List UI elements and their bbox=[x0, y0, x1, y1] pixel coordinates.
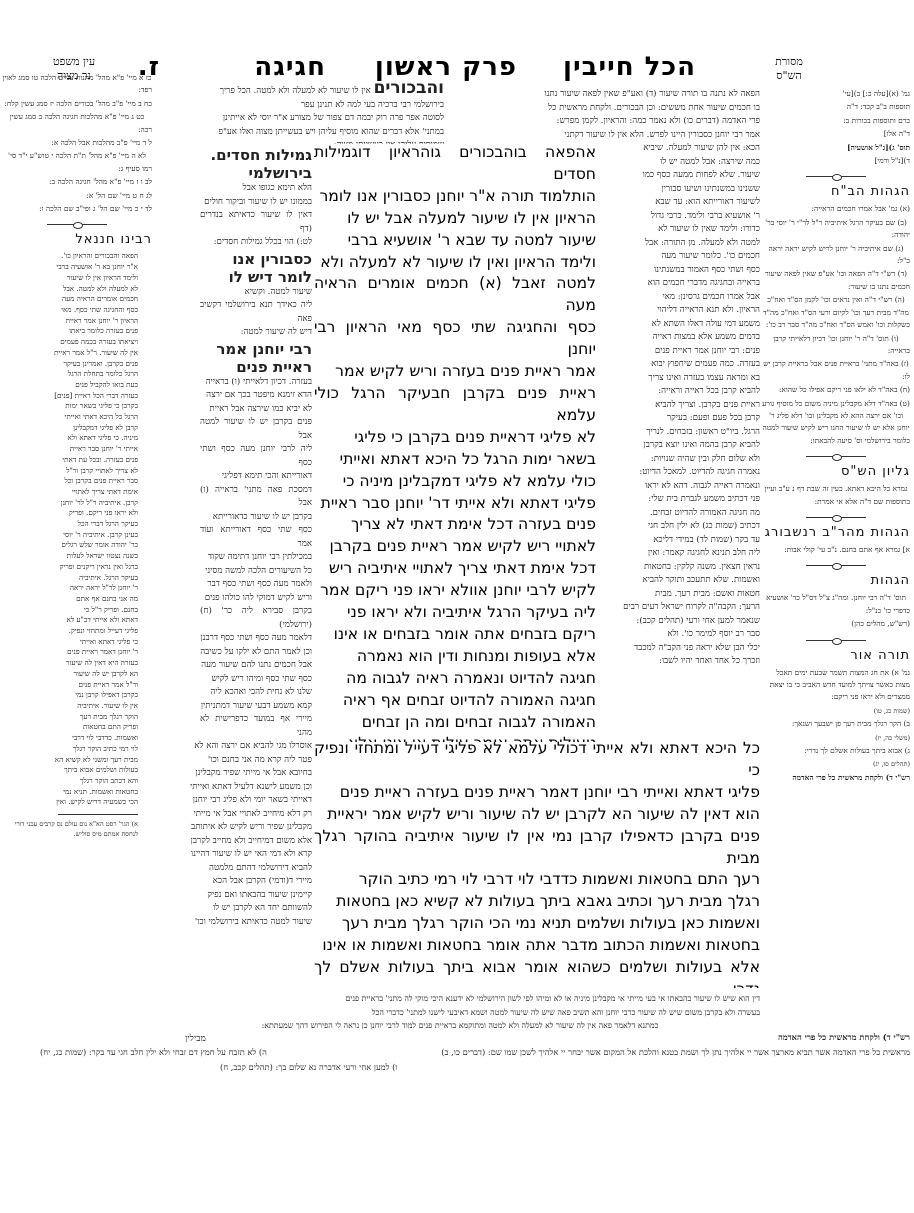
ornament-divider bbox=[806, 456, 866, 457]
chananel-line: חכמים אומרים הראיה מעה bbox=[2, 294, 138, 305]
tosafot-line: הדא זימנא מיפטר בכך אם ירצה bbox=[200, 389, 312, 403]
tosafot-dibbur: גמילות חסדים. בירושלמי bbox=[200, 146, 312, 182]
bach-note: (ח) באה"ד לא ילאו פני ריקם אפילו כל שהוא… bbox=[762, 384, 910, 396]
rashi-line: הכא: אין להן שיעור למעלה. שיביא bbox=[602, 142, 760, 156]
tosafot-line: להשוותם יחד הא לקרבן יש לו bbox=[162, 902, 312, 916]
tosafot-line: להביא דירושלמי דהתם מלמטה bbox=[162, 862, 312, 876]
chananel-line: ר' יוחנן דאמר ראיית פנים bbox=[2, 647, 138, 658]
tosafot-line: ולאמר מעה כסף ושתי כסף דבר bbox=[200, 578, 312, 592]
rashi-top-wide: הפאה לא נתנה בו תורה שיעור (ד) ואע"פ שאי… bbox=[448, 88, 760, 148]
tosafot-top: והבכורים אין לו שיעור לא למעלה ולא למטה.… bbox=[154, 82, 444, 144]
bach-note: (ט) באה"ד דלא מקבלינן מיניה משום כל מוסי… bbox=[762, 398, 910, 448]
tosafot-line: קמא משמע דבעי שיעור דמתניתין bbox=[200, 700, 312, 714]
tosafot-column: גמילות חסדים. בירושלמי הלא תימא כגופו אב… bbox=[200, 146, 312, 741]
chapter-number: פרק ראשון bbox=[375, 52, 517, 82]
gemara-line: הראיון אין לו שיעור למעלה אבל יש לו bbox=[314, 208, 596, 230]
gemara-line: פליגי דאתא ולא אייתי דר' יוחנן סבר ראיית bbox=[314, 493, 596, 515]
chananel-line: אין לה שיעור. ר"ל אמר ראיית bbox=[2, 348, 138, 359]
tosafot-line: והבכורים אין לו שיעור לא למעלה ולא למטה.… bbox=[154, 82, 444, 99]
tosafot-line: פנים בקרבן יש לו שיעור למטה אבל bbox=[200, 416, 312, 443]
masoret-hashas: גמ' (א)[עלה כ:] ב)[עי' תוספות ב"ב קכד: ד… bbox=[762, 88, 910, 167]
chananel-line: בקרבן כי פליגי בשאר ימות bbox=[2, 401, 138, 412]
tosafot-line: דין הוא שיש לו שיעור בהבאתו אי בעי מייתי… bbox=[160, 992, 760, 1006]
gemara-line: בחטאות ואשמות הכתוב מדבר אתה אומר בחטאות… bbox=[314, 935, 760, 957]
chananel-line: כסף והחגיגה שתי כסף. מאי bbox=[2, 305, 138, 316]
right-margin: גמ' (א)[עלה כ:] ב)[עי' תוספות ב"ב קכד: ד… bbox=[762, 88, 910, 1048]
ein-mishpat-entry: ל ד מיי' פ"ב מהלכות אבל הלכה א: bbox=[2, 137, 152, 149]
tosafot-line: אלא משום דמיחייב ולא מחייב לקרבן bbox=[162, 835, 312, 849]
chananel-line: ולימד הראיון אין לו שיעור bbox=[2, 273, 138, 284]
bach-note: (ז) באה"ד מתני' בראיית פנים אבל בראיית ק… bbox=[762, 358, 910, 383]
tosafot-line: במתני' אלא דברים שהוא מוסיף עליהן ויש בע… bbox=[154, 126, 444, 140]
bach-note: (ב) שם בעיקר הרגל איתיביה ר"ל לר"י ר' יו… bbox=[762, 217, 910, 242]
tosafot-dibbur: כסבורין אנו לומר דיש לו bbox=[200, 250, 312, 286]
hagahot-maharab-title: הגהות מהר"ב רנשבורג bbox=[762, 524, 910, 542]
rashi-line: פרי האדמה (דברים כו) ולא נאמר כמה: והראי… bbox=[448, 115, 760, 129]
masoret-line: ד"ה אלו] bbox=[762, 128, 910, 140]
torah-or-source: (תהלים סו, יג) bbox=[762, 758, 910, 770]
tosafot-line: דלאמר מעה כסף ושתי כסף דרבנן bbox=[200, 632, 312, 646]
chananel-line: ור"ל אמר ראיית פנים bbox=[2, 680, 138, 691]
tosafot-line: לסוטה אפר פרה רוק יבמה דם צפור של מצורע … bbox=[154, 112, 444, 126]
maharab-note: א] גמרא אף אתם בחנם. נ"ב עי' קולי אבות: bbox=[762, 544, 910, 556]
tosafot-line: קיימינן שיעור בהבאתו ואם נפיק bbox=[162, 889, 312, 903]
tosafot-text: אין לו שיעור לא למעלה ולא למטה. הכל פריך bbox=[220, 86, 371, 96]
ornament-divider bbox=[47, 224, 107, 225]
tosafot-line: ליה כאידך תנא בירושלמי דקשיב פאה bbox=[200, 299, 312, 326]
gemara-line: כולי עלמא לא פליגי דמקבלינן מיניה כי bbox=[314, 471, 596, 493]
chananel-line: בחטאות ואשמות. תניא נמי bbox=[2, 787, 138, 798]
tosafot-line: כסף שתי כסף ומיהו ריש לקיש bbox=[200, 673, 312, 687]
rashi-line: חכמים כו'. כלומר שיעור מעה bbox=[602, 250, 760, 264]
rashi-line: הרעך: הקבה"ה לקרוח ישראל רעים רבים bbox=[602, 601, 760, 615]
chananel-line: הא לקרבן יש לה שיעור bbox=[2, 669, 138, 680]
torah-or-footer-rashi: רש"י ד) ולקחת מראשית כל פרי האדמה bbox=[778, 1032, 910, 1042]
mevilin-label: מבילין bbox=[185, 1033, 206, 1047]
chananel-line: בעזרה דברי הכל ראיית [פנים] bbox=[2, 391, 138, 402]
tosafot-line: הלא תימא כגופו אבל bbox=[200, 182, 312, 196]
chananel-line: הכי כשמעיה דריש לקיש. ואין bbox=[2, 797, 138, 808]
chananel-line: בקרבן דאפילו קרבן נמי bbox=[2, 690, 138, 701]
chananel-line: קרבן. איתיביה ר"ל לר' יוחנן bbox=[2, 498, 138, 509]
rabbeinu-chananel: הפאה והבכורים והראיון כו'. א"ר יוחנן בא … bbox=[2, 251, 152, 808]
chananel-line: מה אני בחנם אף אתם bbox=[2, 594, 138, 605]
rashi-line: להביא קרבן בהמה ואינו יוצא בקרבן bbox=[602, 439, 760, 453]
gemara-line: למטה זאבל (א) חכמים אומרים הראיה מעה bbox=[314, 273, 596, 317]
tosafot-line: דאורייתא והכי תימא דפליגי bbox=[200, 470, 312, 484]
bach-note: (ו) תוס' ד"ה ר' יוחנן וכו' דכיון דלאייתי… bbox=[762, 333, 910, 358]
gemara-line: כסף והחגיגה שתי כסף מאי הראיון רבי יוחנן bbox=[314, 317, 596, 361]
tosafot-lead-word: והבכורים bbox=[374, 82, 444, 98]
rashi-line: קרבן בכל פעם ופעם: בעיקר bbox=[602, 412, 760, 426]
chananel-line: פנים בעזרה. ובכל עת דאתי bbox=[2, 455, 138, 466]
rashi-line: למטה ולא למעלה. מן התורה: אבל bbox=[602, 237, 760, 251]
torah-or-title: תורה אור bbox=[762, 647, 910, 665]
tosafot-line: דיש לה שיעור למטה: bbox=[200, 326, 312, 340]
chananel-line: אייתי ר' יוחנן סבר ראיית bbox=[2, 444, 138, 455]
gemara-line: ראיית פנים בקרבן חבעיקר הרגל כולי עלמא bbox=[314, 383, 596, 427]
gemara-line: הותלמוד תורה א"ר יוחנן כסבורין אנו לומר bbox=[314, 186, 596, 208]
tosafot-line: פטר ליה קרא מה אני בחנם וכו' bbox=[162, 754, 312, 768]
rashi-line: אבל אמרו חכמים גרסינן: מאי bbox=[602, 291, 760, 305]
chananel-line: הרגל כלומר בתחלת הרגל bbox=[2, 369, 138, 380]
rashi-line: מה חגיגה האמורה להדיוט זבחים. bbox=[602, 507, 760, 521]
ornament-divider bbox=[806, 640, 866, 641]
rashi-line: משמע דמי עולה דאלו השתא לא bbox=[602, 318, 760, 332]
masoret-hashas-header: מסורת הש"ס bbox=[754, 55, 824, 83]
masoret-line: תוס' ג)[נ"ל אושעיה] bbox=[762, 142, 910, 154]
torah-or-source: (משלי כה, יז) bbox=[762, 732, 910, 744]
ein-mishpat-entry: לג ח ט מיי' שם הל' א: bbox=[2, 190, 152, 202]
tosafot-dibbur: רבי יוחנן אמר ראיית פנים bbox=[200, 340, 312, 376]
chananel-line: בעיקר הרגל דברי הכל bbox=[2, 519, 138, 530]
rashi-line: ונאמרה ראייה לגבוה. דהא לא יראו bbox=[602, 480, 760, 494]
gemara-line: אלא בעופות ומנחות ודין הוא נאמרה bbox=[314, 646, 596, 668]
tosafot-line: דאין לו שיעור כדאיתא בנדרים (דף bbox=[200, 209, 312, 236]
masoret-title: מסורת bbox=[754, 55, 824, 69]
ein-mishpat-entry: כז א מיי' פ"א מהל' מתנות עניים הלכה טו ס… bbox=[2, 72, 152, 97]
chananel-line: פנים בעזרה כלומר ביאתו bbox=[2, 326, 138, 337]
gemara-line: בשאר ימות הרגל כל היכא דאתא ואייתי bbox=[314, 449, 596, 471]
rashi-column: הכא: אין להן שיעור למעלה. שיביא כמה שירצ… bbox=[602, 142, 760, 722]
gilyon-note: גמרא כל היכא דאתא. כעין זה שבת דף נ ע"ב … bbox=[762, 483, 910, 508]
chananel-line: הפאה והבכורים והראיון כו'. bbox=[2, 251, 138, 262]
chananel-line: בשנה נצטוו ישראל לעלות bbox=[2, 551, 138, 562]
torah-or-note: ב) הקר רגלך מבית רעך פן ישבעך ושנאך: bbox=[762, 718, 910, 730]
rashi-line: ולא שלום חלק ובין שהיה שנויות: bbox=[602, 453, 760, 467]
masoret-line: כרם ותוספות בכורות ב: bbox=[762, 115, 910, 127]
tosafot-line: דאייתי בשאר יומי ולא פליג רבי יוחנן bbox=[162, 794, 312, 808]
rashi-line: דכתיב (שמות כג) לא ילין חלב חגי bbox=[602, 520, 760, 534]
hagahot-note: (רש"ש, מהלים כהן) bbox=[762, 618, 910, 630]
chananel-line: א"ר יוחנן בא ר' אושעיה ברבי bbox=[2, 262, 138, 273]
chananel-line: הראיון ר' יוחנן אמר ראיית bbox=[2, 316, 138, 327]
gemara-line: דכל אימת דאתי צריך לאתויי איתיביה ריש bbox=[314, 558, 596, 580]
footer-verse-left: ה) לא תזבח על חמץ דם זבחי ולא ילין חלב ח… bbox=[40, 1047, 267, 1057]
gemara-line: רגלך מבית רעך וכתיב גאבא ביתך בעולות לא … bbox=[314, 891, 760, 913]
gemara-line: ליה בעיקר הרגל איתיביה ולא יראו פני bbox=[314, 602, 596, 624]
chananel-line: בעת בואו להקביל פנים bbox=[2, 380, 138, 391]
torah-or-note: ג) אבוא ביתך בעולות אשלם לך נדרי: bbox=[762, 745, 910, 757]
chananel-line: מיניה. כי פליגי דאתא ולא bbox=[2, 433, 138, 444]
tosafot-line: בממונו יש לו שיעור וביקור חולים bbox=[200, 196, 312, 210]
rashi-line: נראין חצאין. משנה קלקין: בחטאות bbox=[602, 561, 760, 575]
tosafot-line: מיירי ד(ודמי) הקרבן אבל הכא bbox=[162, 875, 312, 889]
chananel-line: אימת דאתי צריך לאתויי bbox=[2, 487, 138, 498]
ein-mishpat-entry: כח ב מיי' פ"ב מהל' בכורים הלכה יז סמג עש… bbox=[2, 98, 152, 110]
rashi-line: בו חכמים שיעור אחת מששים: וכן הבכורים. ו… bbox=[448, 102, 760, 116]
tosafot-line: רק דלא מיחייב לאתויי אבל אי מייתי bbox=[162, 808, 312, 822]
chananel-line: לוי רמי כתיב הוקר רגלך bbox=[2, 744, 138, 755]
tosafot-line: בעזרה. דכיון דלאייתי (ו) בראייה bbox=[200, 376, 312, 390]
chananel-line: והא דכתב הוקר רגלך bbox=[2, 776, 138, 787]
chananel-line: ברגל ואין נראין ריקנים ופריק bbox=[2, 562, 138, 573]
rashi-line: פנים: רבי יוחנן אמר ראיית פנים bbox=[602, 345, 760, 359]
tosafot-line: אוסרלו מגי להביא אם ירצה והא לא bbox=[162, 740, 312, 754]
tosafot-line: וכן משמע לישנא דלעיל דאתא ואייתי bbox=[162, 781, 312, 795]
rashi-line: להביא קרבן בכל ראייה וראייה: bbox=[602, 385, 760, 399]
rashi-line: בא ומראה עצמו בעזרה ואינו צריך bbox=[602, 372, 760, 386]
tosafot-line: אבל חכמים נתנו להם שיעור מעה bbox=[200, 659, 312, 673]
gemara-line: פנים בקרבן כדאפילו קרבן נמי אין לו שיעור… bbox=[314, 826, 760, 870]
gemara-line: ולימד הראיון ואין לו שיעור לא למעלה ולא bbox=[314, 252, 596, 274]
rashi-line: בדמים משמע אלא במצות ראייה bbox=[602, 331, 760, 345]
tosafot-line: מיירי אף במועד כדפרישית לא מהני bbox=[200, 713, 312, 740]
chananel-line: פנים בקרבן. ואמרינן בעיקר bbox=[2, 359, 138, 370]
tosafot-line: בחיובא אבל אי מייתי שפיר מקבלינן bbox=[162, 767, 312, 781]
rashi-line: נאמרה חגיגה להדיוט. למאכל הדיוט: bbox=[602, 466, 760, 480]
gemara-line: לאתויי ריש לקיש אמר ראיית פנים בקרבן bbox=[314, 536, 596, 558]
gemara-text-wide: כל היכא דאתא ולא אייתי דכולי עלמא לא פלי… bbox=[314, 738, 760, 988]
rashi-line: ר' אושעיא ברבי ולימד. כרבי גדול bbox=[602, 210, 760, 224]
chananel-line: בעינן קרבן. איתיביה ר' יוסי bbox=[2, 530, 138, 541]
ein-mishpat-entry: לב ו ז מיי' פ"א מהל' חגיגה הלכה ב: bbox=[2, 176, 152, 188]
tosafot-line: שיעור למטה. וקשיא bbox=[200, 286, 312, 300]
gemara-line: אמר ראיית פנים בעזרה וריש לקיש אמר bbox=[314, 361, 596, 383]
hagahot-note: תוס' ד"ה רבי יוחנן. ומה"ג צ"ל דס"ל כר' א… bbox=[762, 592, 910, 617]
rashi-line: הרגל. ביו"ט ראשון: בזבחים. לנריך bbox=[602, 426, 760, 440]
chananel-line: ר' יוחנן לר"ל יראה יראה bbox=[2, 583, 138, 594]
rashi-line: לשיעור דאורייתא הוא: עד שבא bbox=[602, 196, 760, 210]
rashi-line: שנאמר למען אחי ורעי (תהלים קכב): bbox=[602, 615, 760, 629]
ein-mishpat-title: עין משפט bbox=[34, 55, 114, 69]
bach-note: (ג) שם איתיביה ר' יוחנן לריש לקיש יראה י… bbox=[762, 243, 910, 268]
ein-mishpat-entry: כט ג מיי' פ"א מהלכות חגיגה הלכה ב סמג עש… bbox=[2, 111, 152, 136]
rashi-line: כדורו: ולימד שאין לו שיעור לא bbox=[602, 223, 760, 237]
ein-mishpat-entry: לד י כ מיי' שם הל' ג ופי"ב שם הלכה ו: bbox=[2, 203, 152, 215]
rashi-line: בעזרה. כמה פעמים שיחפוץ יבוא bbox=[602, 358, 760, 372]
masoret-line: תוספות ב"ב קכד: ד"ה bbox=[762, 101, 910, 113]
rashi-line: עד בקר (שמות לד) במידי דליכא bbox=[602, 534, 760, 548]
rashi-line: כסף ושתי כסף האמור במשנתינו bbox=[602, 264, 760, 278]
torah-or-source: (שמות כג, טו) bbox=[762, 705, 910, 717]
chananel-line: בעיקר הרגל. איתיביה bbox=[2, 573, 138, 584]
chananel-footnote: א) הגר' רסט הא"א נום עולם נס קרבים עכני … bbox=[2, 819, 152, 839]
torah-or-note: גמ' א) את חג המצות תשמר שבעת ימים תאכל מ… bbox=[762, 667, 910, 704]
footer-label: רש"י ד) ולקחת מראשית כל פרי האדמה bbox=[778, 1032, 910, 1042]
gemara-line: פנים בעזרה דכל אימת דאתי לא צריך bbox=[314, 514, 596, 536]
chananel-line: בר' יהודה אומר שלש רגלים bbox=[2, 540, 138, 551]
chananel-line: כי פליגי דאתא ואייתי bbox=[2, 637, 138, 648]
footer-verse-right: מראשית כל פרי האדמה אשר תביא מארצך אשר י… bbox=[441, 1047, 910, 1057]
rashi-line: הראיון. ולא תנא הראייה דליהוי bbox=[602, 304, 760, 318]
rashi-line: אמר רבי יוחנן כסבורין היינו לפרש. הלא אי… bbox=[448, 129, 760, 143]
rashi-line: ששנינו במשנתינו ושיעו סבורין bbox=[602, 183, 760, 197]
rashi-line: ואשמות. שלא תתעכב ותוקר להביא bbox=[602, 574, 760, 588]
tosafot-line: לט:) הוי בכלל גמילות חסדים: bbox=[200, 236, 312, 250]
left-margin: כז א מיי' פ"א מהל' מתנות עניים הלכה טו ס… bbox=[2, 72, 152, 972]
chananel-line: הרגל כל היכא דאתי ואייתי bbox=[2, 412, 138, 423]
ornament-divider bbox=[806, 565, 866, 566]
rashi-line: סבר רב יוסף למימר כו'. ולא bbox=[602, 628, 760, 642]
gemara-line: ואשמות כאן בעולות ושלמים תניא נמי הכי הו… bbox=[314, 913, 760, 935]
chananel-line: ולא יראו פני ריקם. ופריק bbox=[2, 508, 138, 519]
chananel-line: לא צריך לאתויי קרבן ור"ל bbox=[2, 466, 138, 477]
gemara-line: לא פליגי דראיית פנים בקרבן כי פליגי bbox=[314, 427, 596, 449]
tosafot-line: וריש לקיש דמוקי להו כולהו פנים bbox=[200, 592, 312, 606]
chananel-line: סבר ראיית פנים בקרבן וכל bbox=[2, 476, 138, 487]
gemara-line: ריקם בזבחים אתה אומר בזבחים או אינו bbox=[314, 624, 596, 646]
gemara-line: רעך התם בחטאות ואשמות כדדבי לוי דרבי לוי… bbox=[314, 869, 760, 891]
hashas-title: הש"ס bbox=[754, 69, 824, 83]
chananel-line: קרבן לא פליגי דמקבלינן bbox=[2, 423, 138, 434]
tosafot-line: בקרבן יש לו שיעור כדאורייתא bbox=[200, 511, 312, 525]
gemara-line: הוא דאין לה שיעור הא לקרבן יש לה שיעור ו… bbox=[314, 804, 760, 826]
rashi-line: חטאות ואשם: מבית רעך. מבית bbox=[602, 588, 760, 602]
tosafot-column-lower: אוסרלו מגי להביא אם ירצה והא לא פטר ליה … bbox=[162, 740, 312, 985]
chananel-line: לא למעלה ולא למטה. אבל bbox=[2, 284, 138, 295]
bach-note: (ה) רש"י ד"ה ואין נראים וכו' לקמן הס"ד ו… bbox=[762, 294, 910, 331]
gemara-line: פליגי דאתא ואייתי רבי יוחנן דאמר ראיית פ… bbox=[314, 782, 760, 804]
chananel-line: דאתא ולא אייתי דכ"ע לא bbox=[2, 615, 138, 626]
chananel-line: הוקר רגלך מבית רעך bbox=[2, 712, 138, 723]
tosafot-line: כל השיעורים הלכה למשה מסיני bbox=[200, 565, 312, 579]
footer-verse-center: ו) למען אחי ורעי אדברה נא שלום בך: (תהלי… bbox=[220, 1062, 397, 1072]
gilyon-hashas-title: גליון הש"ס bbox=[762, 463, 910, 481]
tosafot-line: במכילתין רבי יוחנן דתימה שקוד bbox=[200, 551, 312, 565]
hagahot-habach-title: הגהות הב"ח bbox=[762, 183, 910, 201]
chananel-line: ואשמות. כדדבי לוי דרבי bbox=[2, 733, 138, 744]
chananel-line: בחנם. ופריק ר"ל כי bbox=[2, 605, 138, 616]
tosafot-line: וכן לאמר התם לא ילקו על כשיבה bbox=[200, 646, 312, 660]
gemara-line: כל היכא דאתא ולא אייתי דכולי עלמא לא פלי… bbox=[314, 738, 760, 782]
chapter-name: הכל חייבין bbox=[563, 52, 696, 82]
tosafot-line: כמתנא דלאמר פאה אין לה שיעור לא למעלה ול… bbox=[160, 1019, 760, 1033]
tosafot-line: ליה לרבי יוחנן מעה כסף ושתי כסף bbox=[200, 443, 312, 470]
gemara-line: אהפאה בוהבכורים גוהראיון דוגמילות חסדים bbox=[314, 142, 596, 186]
ein-mishpat-entry: לא ה מיי' פ"א מהל' ת"ת הלכה י טוש"ע י"ד … bbox=[2, 150, 152, 175]
rashi-line: כמה שירצה: אבל למטה יש לו bbox=[602, 156, 760, 170]
gemara-line: חגיגה האמורה להדיוט זבחים אף ראיה bbox=[314, 690, 596, 712]
ornament-divider bbox=[806, 176, 866, 177]
bach-note: (ד) רש"י ד"ה הפאה וכו' אע"פ שאין לפאה שי… bbox=[762, 268, 910, 293]
tosafot-line: בעשרה ולא בקרבן משום שיש לה שיעור כרבי י… bbox=[160, 1006, 760, 1020]
torah-or-note: רש"י ד) ולקחת מראשית כל פרי האדמה bbox=[762, 772, 910, 784]
chananel-line: בעולות ושלמים אבוא ביתך bbox=[2, 765, 138, 776]
chananel-line: ופריק התם בחטאות bbox=[2, 722, 138, 733]
tosafot-line: בירושלמי רבי ברכיה בעי למה לא תנינן עפר bbox=[154, 99, 444, 113]
rashi-line: יכלי הבן שלא יראה פני הקב"ה למכבד bbox=[602, 642, 760, 656]
gemara-line: האמורה לגבוה זבחים ומה הן זבחים bbox=[314, 712, 596, 734]
torah-or: גמ' א) את חג המצות תשמר שבעת ימים תאכל מ… bbox=[762, 667, 910, 785]
tosafot-line: בקרבן סבירא ליה כר' (ח) (ירושלמי) bbox=[200, 605, 312, 632]
rashi-line: פני דכתיב משמע לגברת בית שלי: bbox=[602, 493, 760, 507]
masoret-line: ד)[נ"ל ודמי] bbox=[762, 155, 910, 167]
tractate-name: חגיגה bbox=[254, 52, 326, 82]
footnote-rule bbox=[58, 814, 138, 815]
chananel-line: אין לו שיעור. איתיביה bbox=[2, 701, 138, 712]
chananel-line: מבית רעך ומשני לא קשיא הא bbox=[2, 755, 138, 766]
rashi-line: הפאה לא נתנה בו תורה שיעור (ד) ואע"פ שאי… bbox=[448, 88, 760, 102]
tosafot-line: שלנו לא נחית להכי ואהכא ליה bbox=[200, 686, 312, 700]
tosafot-bottom: דין הוא שיש לו שיעור בהבאתו אי בעי מייתי… bbox=[160, 992, 760, 1040]
rabbeinu-chananel-title: רבינו חננאל bbox=[2, 231, 152, 249]
bach-note: (א) גמ' אבל אמרו חכמים הראייה: bbox=[762, 203, 910, 215]
gemara-text: אהפאה בוהבכורים גוהראיון דוגמילות חסדים … bbox=[314, 142, 596, 742]
ein-mishpat: כז א מיי' פ"א מהל' מתנות עניים הלכה טו ס… bbox=[2, 72, 152, 215]
gemara-line: אלא בעולות ושלמים כשהוא אומר אבוא ביתך ב… bbox=[314, 957, 760, 988]
tosafot-line: מקבלינן שפיר וריש לקיש לא איתותב bbox=[162, 821, 312, 835]
tosafot-line: קרא ולא דמי האי יש לו שיעור דהיינו bbox=[162, 848, 312, 862]
gemara-line: חגיגה להדיוט ונאמרה ראיה לגבוה מה bbox=[314, 668, 596, 690]
chananel-line: בעזרה היא דאין לה שיעור bbox=[2, 658, 138, 669]
gemara-line: לקיש לרבי יוחנן אוולא יראו פני ריקם אמר bbox=[314, 580, 596, 602]
hagahot-habach: (א) גמ' אבל אמרו חכמים הראייה: (ב) שם בע… bbox=[762, 203, 910, 447]
tosafot-line: לא יביא כמו שירצה אבל ראיית bbox=[200, 403, 312, 417]
rashi-line: שיעור. שלא לפחות ממעה כסף כמו bbox=[602, 169, 760, 183]
ornament-divider bbox=[806, 517, 866, 518]
tosafot-line: כסף שתי כסף דאורייתא ועוד אמר bbox=[200, 524, 312, 551]
rashi-line: וזכרך כל אחד ואחד יהיו לשבו: bbox=[602, 655, 760, 669]
hagahot-title: הגהות bbox=[762, 572, 910, 590]
rashi-line: ליה חלב תנינא לחגיגה קאמר: ואין bbox=[602, 547, 760, 561]
rashi-line: ראיית פנים בקרבן. וצריך להביא bbox=[602, 399, 760, 413]
tosafot-line: שיעור למטה כדאיתא בירושלמי וכו' bbox=[162, 916, 312, 930]
gemara-line: שיעור למטה עד שבא ר' אושעיא ברבי bbox=[314, 230, 596, 252]
tosafot-line: דמסכת פאה מתני' בראייה (ו) אבל bbox=[200, 484, 312, 511]
rashi-line: בראייה ובחגיגה מדברי חכמים הוא bbox=[602, 277, 760, 291]
masoret-line: גמ' (א)[עלה כ:] ב)[עי' bbox=[762, 88, 910, 100]
chananel-line: ויציאתו בעזרה בכמה פעמים bbox=[2, 337, 138, 348]
chananel-line: פליגי דעייל ומתחזי ונפיק. bbox=[2, 626, 138, 637]
